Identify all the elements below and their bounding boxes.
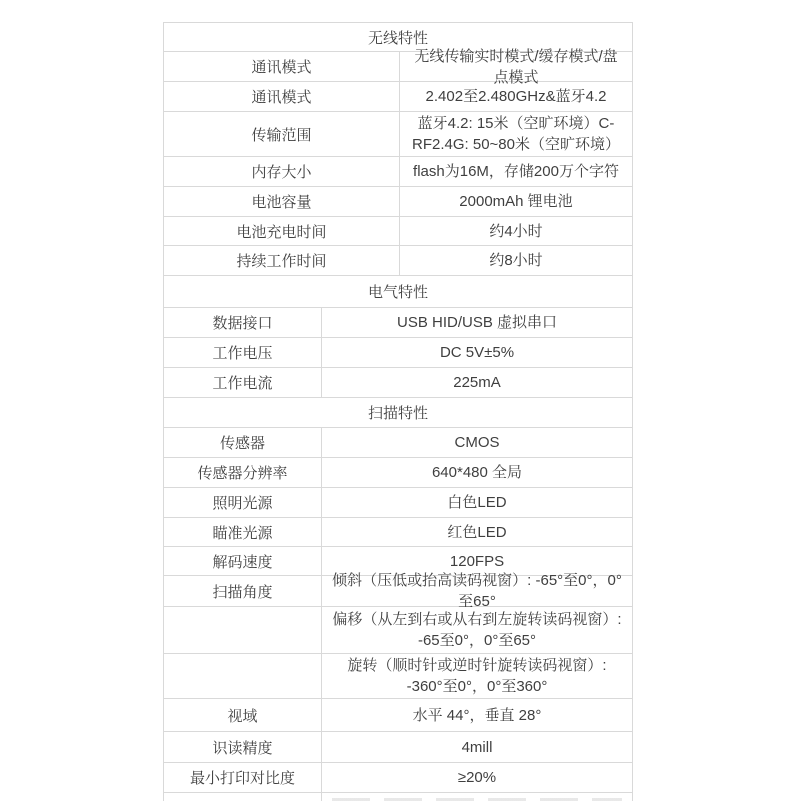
spec-label: 传感器: [164, 428, 322, 457]
spec-label: 瞄准光源: [164, 518, 322, 546]
table-row: 电池充电时间 约4小时: [164, 217, 632, 246]
spec-label: 通讯模式: [164, 82, 400, 111]
spec-value: ≥20%: [322, 763, 632, 792]
spec-label: 工作电流: [164, 368, 322, 397]
spec-value: 4mill: [322, 732, 632, 762]
spec-value: 2.402至2.480GHz&蓝牙4.2: [400, 82, 632, 111]
spec-value: 无线传输实时模式/缓存模式/盘点模式: [400, 52, 632, 81]
spec-label: 数据接口: [164, 308, 322, 337]
spec-label: 扫描角度: [164, 576, 322, 606]
spec-value: DC 5V±5%: [322, 338, 632, 367]
section-header-electrical: 电气特性: [164, 276, 632, 308]
table-row: 通讯模式 无线传输实时模式/缓存模式/盘点模式: [164, 52, 632, 82]
spec-label-clipped: [164, 793, 322, 800]
spec-value: USB HID/USB 虚拟串口: [322, 308, 632, 337]
spec-label: 照明光源: [164, 488, 322, 517]
spec-label: 识读精度: [164, 732, 322, 762]
spec-label: 工作电压: [164, 338, 322, 367]
table-row: 旋转（顺时针或逆时针旋转读码视窗）: -360°至0°，0°至360°: [164, 654, 632, 699]
spec-value: 水平 44°，垂直 28°: [322, 699, 632, 731]
spec-label: 通讯模式: [164, 52, 400, 81]
table-row: 识读精度 4mill: [164, 732, 632, 763]
spec-label: 内存大小: [164, 157, 400, 186]
spec-value: flash为16M，存储200万个字符: [400, 157, 632, 186]
table-row: 传感器 CMOS: [164, 428, 632, 458]
table-row: 传感器分辨率 640*480 全局: [164, 458, 632, 488]
table-row: 照明光源 白色LED: [164, 488, 632, 518]
spec-value: 约8小时: [400, 246, 632, 275]
table-row: 电池容量 2000mAh 锂电池: [164, 187, 632, 217]
spec-value-clipped: [322, 793, 632, 800]
table-row-clipped: [164, 793, 632, 800]
specification-table: 无线特性 通讯模式 无线传输实时模式/缓存模式/盘点模式 通讯模式 2.402至…: [163, 22, 633, 800]
spec-label: 传输范围: [164, 112, 400, 156]
spec-label: 传感器分辨率: [164, 458, 322, 487]
table-row: 持续工作时间 约8小时: [164, 246, 632, 276]
spec-label: 视域: [164, 699, 322, 731]
table-row: 工作电流 225mA: [164, 368, 632, 398]
spec-value: 225mA: [322, 368, 632, 397]
table-row: 瞄准光源 红色LED: [164, 518, 632, 547]
spec-value: CMOS: [322, 428, 632, 457]
spec-value: 红色LED: [322, 518, 632, 546]
spec-label: [164, 607, 322, 653]
spec-value: 约4小时: [400, 217, 632, 245]
spec-value: 倾斜（压低或抬高读码视窗）: -65°至0°，0°至65°: [322, 576, 632, 606]
spec-value: 旋转（顺时针或逆时针旋转读码视窗）: -360°至0°，0°至360°: [322, 654, 632, 698]
spec-label: 电池容量: [164, 187, 400, 216]
spec-value: 2000mAh 锂电池: [400, 187, 632, 216]
table-row: 传输范围 蓝牙4.2: 15米（空旷环境）C-RF2.4G: 50~80米（空旷…: [164, 112, 632, 157]
table-row: 偏移（从左到右或从右到左旋转读码视窗）: -65至0°，0°至65°: [164, 607, 632, 654]
spec-value: 白色LED: [322, 488, 632, 517]
section-header-scanning: 扫描特性: [164, 398, 632, 428]
spec-label: [164, 654, 322, 698]
table-row: 视域 水平 44°，垂直 28°: [164, 699, 632, 732]
table-row: 扫描角度 倾斜（压低或抬高读码视窗）: -65°至0°，0°至65°: [164, 576, 632, 607]
spec-value: 偏移（从左到右或从右到左旋转读码视窗）: -65至0°，0°至65°: [322, 607, 632, 653]
spec-value: 640*480 全局: [322, 458, 632, 487]
table-row: 数据接口 USB HID/USB 虚拟串口: [164, 308, 632, 338]
spec-label: 持续工作时间: [164, 246, 400, 275]
table-row: 通讯模式 2.402至2.480GHz&蓝牙4.2: [164, 82, 632, 112]
spec-label: 电池充电时间: [164, 217, 400, 245]
table-row: 最小打印对比度 ≥20%: [164, 763, 632, 793]
spec-label: 解码速度: [164, 547, 322, 575]
table-row: 内存大小 flash为16M，存储200万个字符: [164, 157, 632, 187]
spec-label: 最小打印对比度: [164, 763, 322, 792]
table-row: 工作电压 DC 5V±5%: [164, 338, 632, 368]
spec-value: 蓝牙4.2: 15米（空旷环境）C-RF2.4G: 50~80米（空旷环境）: [400, 112, 632, 156]
